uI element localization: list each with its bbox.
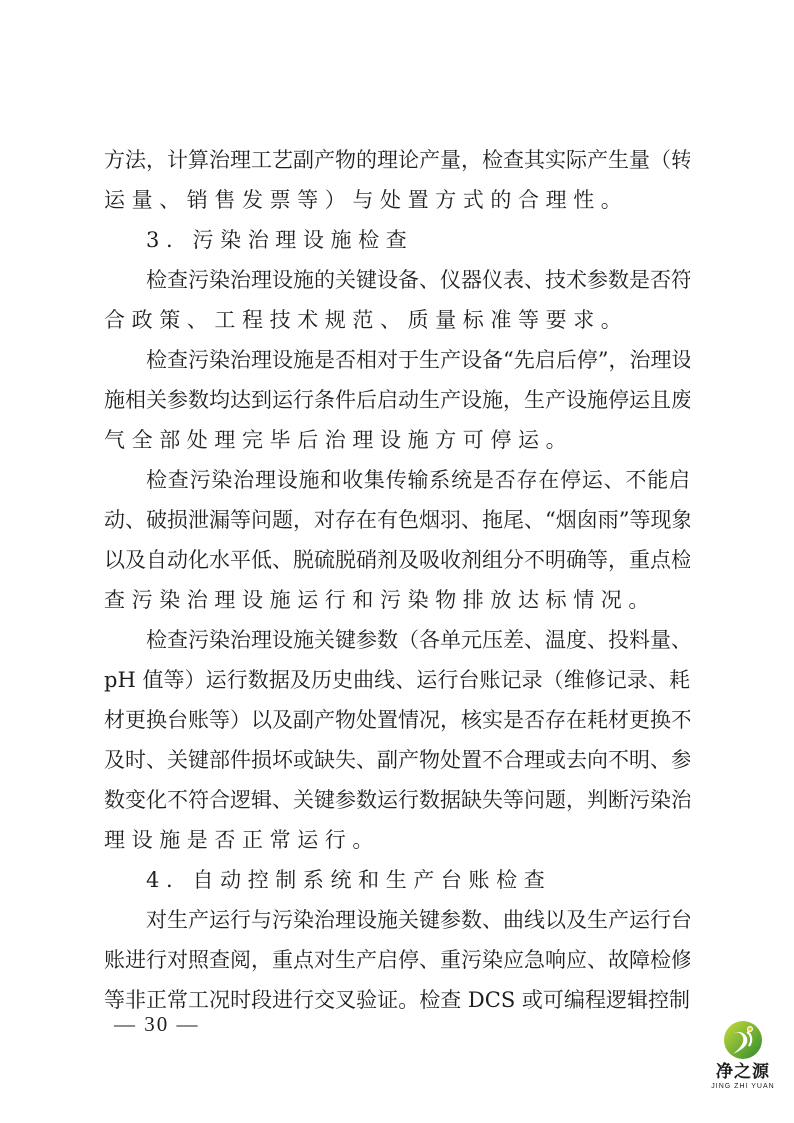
text-line: 合政策、工程技术规范、质量标准等要求。 (104, 300, 690, 340)
text-line: 运量、销售发票等）与处置方式的合理性。 (104, 180, 690, 220)
text-line: pH 值等）运行数据及历史曲线、运行台账记录（维修记录、耗 (104, 660, 690, 700)
brand-logo: 净之源 JING ZHI YUAN (702, 1020, 784, 1092)
text-line: 施相关参数均达到运行条件后启动生产设施，生产设施停运且废 (104, 380, 690, 420)
text-line: 理设施是否正常运行。 (104, 820, 690, 860)
text-line: 及时、关键部件损坏或缺失、副产物处置不合理或去向不明、参 (104, 740, 690, 780)
text-line: 检查污染治理设施和收集传输系统是否存在停运、不能启 (104, 460, 690, 500)
text-line: 方法，计算治理工艺副产物的理论产量，检查其实际产生量（转 (104, 140, 690, 180)
text-line: 数变化不符合逻辑、关键参数运行数据缺失等问题，判断污染治 (104, 780, 690, 820)
text-line: 对生产运行与污染治理设施关键参数、曲线以及生产运行台 (104, 900, 690, 940)
text-line: 账进行对照查阅，重点对生产启停、重污染应急响应、故障检修 (104, 940, 690, 980)
document-body: 方法，计算治理工艺副产物的理论产量，检查其实际产生量（转 运量、销售发票等）与处… (104, 140, 690, 1020)
text-line: 以及自动化水平低、脱硫脱硝剂及吸收剂组分不明确等，重点检 (104, 540, 690, 580)
text-line: 检查污染治理设施的关键设备、仪器仪表、技术参数是否符 (104, 260, 690, 300)
text-line: 查污染治理设施运行和污染物排放达标情况。 (104, 580, 690, 620)
text-line: 气全部处理完毕后治理设施方可停运。 (104, 420, 690, 460)
text-line: 动、破损泄漏等问题，对存在有色烟羽、拖尾、“烟囱雨”等现象 (104, 500, 690, 540)
text-line: 检查污染治理设施关键参数（各单元压差、温度、投料量、 (104, 620, 690, 660)
text-line: 材更换台账等）以及副产物处置情况，核实是否存在耗材更换不 (104, 700, 690, 740)
logo-chinese-name: 净之源 (702, 1062, 784, 1082)
text-line: 检查污染治理设施是否相对于生产设备“先启后停”，治理设 (104, 340, 690, 380)
section-heading: 3. 污染治理设施检查 (104, 220, 690, 260)
page-number: — 30 — (114, 1012, 200, 1037)
section-heading: 4. 自动控制系统和生产台账检查 (104, 860, 690, 900)
leaf-sun-logo-icon (723, 1020, 763, 1060)
logo-english-name: JING ZHI YUAN (702, 1082, 784, 1092)
